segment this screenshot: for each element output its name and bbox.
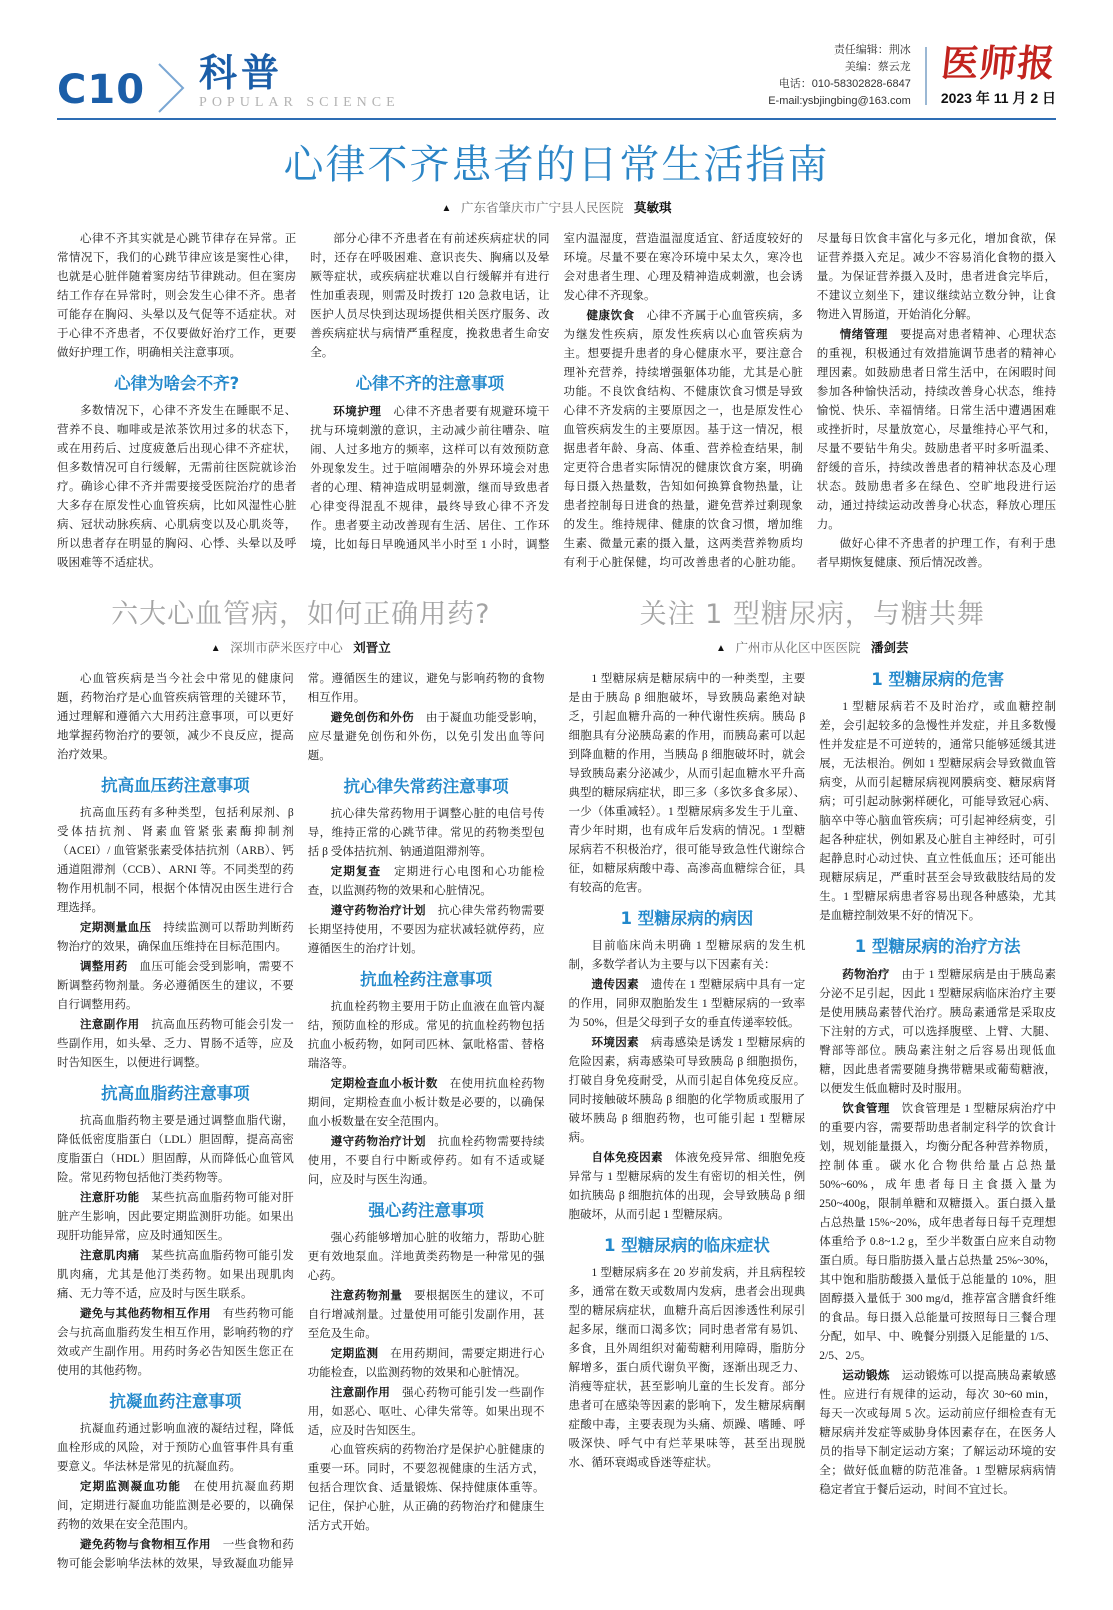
paragraph: 心血管疾病的药物治疗是保护心脏健康的重要一环。同时，不要忽视健康的生活方式，包括… [308, 1441, 545, 1536]
paragraph-lead: 注意副作用 [331, 1385, 391, 1399]
paragraph: 多数情况下，心律不齐发生在睡眠不足、营养不良、咖啡或是浓茶饮用过多的状态下，或在… [57, 402, 296, 573]
section-heading: 抗凝血药注意事项 [57, 1392, 294, 1411]
paragraph: 环境因素 病毒感染是诱发 1 型糖尿病的危险因素，病毒感染可导致胰岛 β 细胞损… [569, 1033, 806, 1148]
section-heading: 心律为啥会不齐? [57, 374, 296, 393]
paragraph: 做好心律不齐患者的护理工作，有利于患者早期恢复健康、预后情况改善。 [817, 535, 1056, 573]
section-heading: 1 型糖尿病的临床症状 [569, 1236, 806, 1255]
paragraph-lead: 遵守药物治疗计划 [331, 1134, 426, 1148]
phone-line: 电话：010-58302828-6847 [768, 76, 911, 93]
section-title-block: 科普 POPULAR SCIENCE [199, 54, 400, 110]
paragraph: 定期监测 在用药期间，需要定期进行心功能检查，以监测药物的效果和心脏情况。 [308, 1344, 545, 1383]
paragraph: 1 型糖尿病多在 20 岁前发病，并且病程较多，通常在数天或数周内发病，患者会出… [569, 1264, 806, 1473]
paragraph: 饮食管理 饮食管理是 1 型糖尿病治疗中的重要内容，需要帮助患者制定科学的饮食计… [819, 1099, 1056, 1366]
paragraph: 遵守药物治疗计划 抗心律失常药物需要长期坚持使用，不要因为症状减轻就停药，应遵循… [308, 901, 545, 959]
author-name: 莫敏琪 [634, 201, 672, 215]
lower-section: 六大心血管病，如何正确用药? ▲ 深圳市萨米医疗中心 刘晋立 心血管疾病是当今社… [57, 587, 1056, 1574]
paragraph-lead: 避免药物与食物相互作用 [80, 1537, 211, 1551]
paragraph: 抗高血压药有多种类型，包括利尿剂、β 受体拮抗剂、肾素血管紧张素酶抑制剂（ACE… [57, 804, 294, 918]
paragraph: 心律不齐其实就是心跳节律存在异常。正常情况下，我们的心跳节律应该是窦性心律，也就… [57, 230, 296, 363]
paragraph: 定期监测凝血功能 在使用抗凝血药期间，定期进行凝血功能监测是必要的，以确保药物的… [57, 1477, 294, 1535]
paragraph-lead: 注意肝功能 [80, 1190, 140, 1204]
author-affiliation: 深圳市萨米医疗中心 [230, 641, 343, 655]
paragraph-lead: 遗传因素 [592, 977, 640, 991]
paragraph: 抗心律失常药物用于调整心脏的电信号传导，维持正常的心跳节律。常见的药物类型包括 … [308, 805, 545, 862]
paragraph: 遗传因素 遗传在 1 型糖尿病中具有一定的作用，同卵双胞胎发生 1 型糖尿病的一… [569, 975, 806, 1033]
paragraph: 注意副作用 抗高血压药物可能会引发一些副作用，如头晕、乏力、胃肠不适等，应及时告… [57, 1015, 294, 1073]
paragraph-lead: 调整用药 [80, 959, 128, 973]
contact-block: 责任编辑：荆冰 美编：蔡云龙 电话：010-58302828-6847 E-ma… [768, 42, 911, 110]
paragraph: 目前临床尚未明确 1 型糖尿病的发生机制，多数学者认为主要与以下因素有关： [569, 937, 806, 975]
newspaper-page: C10 科普 POPULAR SCIENCE 责任编辑：荆冰 美编：蔡云龙 电话… [0, 0, 1113, 1610]
paragraph: 定期复查 定期进行心电图和心功能检查，以监测药物的效果和心脏情况。 [308, 862, 545, 901]
paragraph-lead: 注意副作用 [80, 1017, 140, 1031]
section-title: 科普 [199, 54, 400, 92]
paragraph: 调整用药 血压可能会受到影响，需要不断调整药物剂量。务必遵循医生的建议，不要自行… [57, 957, 294, 1015]
paragraph: 药物治疗 由于 1 型糖尿病是由于胰岛素分泌不足引起，因此 1 型糖尿病临床治疗… [819, 965, 1056, 1099]
paragraph: 抗高血脂药物主要是通过调整血脂代谢，降低低密度脂蛋白（LDL）胆固醇，提高高密度… [57, 1112, 294, 1188]
paragraph: 抗凝血药通过影响血液的凝结过程，降低血栓形成的风险，对于预防心血管事件具有重要意… [57, 1420, 294, 1477]
page-header: C10 科普 POPULAR SCIENCE 责任编辑：荆冰 美编：蔡云龙 电话… [57, 42, 1056, 110]
masthead-divider [925, 47, 927, 105]
article-body: 1 型糖尿病是糖尿病中的一种类型，主要是由于胰岛 β 细胞破坏，导致胰岛素绝对缺… [569, 670, 1057, 1500]
issue-date: 2023 年 11 月 2 日 [941, 88, 1056, 108]
article-title: 心律不齐患者的日常生活指南 [57, 142, 1056, 188]
article-title: 六大心血管病，如何正确用药? [57, 599, 545, 630]
paragraph-lead: 环境护理 [333, 404, 381, 418]
author-affiliation: 广州市从化区中医医院 [735, 641, 860, 655]
paragraph-lead: 自体免疫因素 [592, 1150, 663, 1164]
paragraph-lead: 饮食管理 [842, 1101, 890, 1115]
section-heading: 强心药注意事项 [308, 1201, 545, 1220]
paragraph-lead: 情绪管理 [840, 327, 888, 341]
art-editor-line: 美编：蔡云龙 [768, 59, 911, 76]
masthead: 责任编辑：荆冰 美编：蔡云龙 电话：010-58302828-6847 E-ma… [768, 42, 1056, 110]
article-type1-diabetes: 关注 1 型糖尿病，与糖共舞 ▲ 广州市从化区中医医院 潘剑芸 1 型糖尿病是糖… [569, 587, 1057, 1574]
paragraph: 注意副作用 强心药物可能引发一些副作用，如恶心、呕吐、心律失常等。如果出现不适，… [308, 1383, 545, 1441]
section-heading: 抗心律失常药注意事项 [308, 777, 545, 796]
paragraph-lead: 运动锻炼 [842, 1368, 890, 1382]
paragraph: 避免与其他药物相互作用 有些药物可能会与抗高血脂药发生相互作用，影响药物的疗效或… [57, 1304, 294, 1381]
article-arrhythmia-guide: 心律不齐患者的日常生活指南 ▲ 广东省肇庆市广宁县人民医院 莫敏琪 心律不齐其实… [57, 142, 1056, 573]
article-body: 心血管疾病是当今社会中常见的健康问题，药物治疗是心血管疾病管理的关键环节，通过理… [57, 670, 545, 1574]
paragraph: 定期测量血压 持续监测可以帮助判断药物治疗的效果，确保血压维持在目标范围内。 [57, 918, 294, 957]
paragraph: 心血管疾病是当今社会中常见的健康问题，药物治疗是心血管疾病管理的关键环节，通过理… [57, 670, 294, 765]
author-affiliation: 广东省肇庆市广宁县人民医院 [461, 201, 624, 215]
byline: ▲ 深圳市萨米医疗中心 刘晋立 [57, 638, 545, 656]
section-code: C10 [57, 70, 145, 110]
paragraph: 遵守药物治疗计划 抗血栓药物需要持续使用，不要自行中断或停药。如有不适或疑问，应… [308, 1132, 545, 1190]
byline: ▲ 广州市从化区中医医院 潘剑芸 [569, 638, 1057, 656]
section-heading: 抗高血压药注意事项 [57, 776, 294, 795]
section-heading: 抗高血脂药注意事项 [57, 1084, 294, 1103]
paragraph-lead: 注意肌肉痛 [80, 1248, 140, 1262]
article-body: 心律不齐其实就是心跳节律存在异常。正常情况下，我们的心跳节律应该是窦性心律，也就… [57, 230, 1056, 573]
section-heading: 1 型糖尿病的治疗方法 [819, 937, 1056, 956]
paragraph-lead: 定期检查血小板计数 [331, 1076, 438, 1090]
paragraph-lead: 遵守药物治疗计划 [331, 903, 426, 917]
paragraph: 避免创伤和外伤 由于凝血功能受影响，应尽量避免创伤和外伤，以免引发出血等问题。 [308, 708, 545, 766]
article-title: 关注 1 型糖尿病，与糖共舞 [569, 599, 1057, 630]
paragraph-lead: 避免创伤和外伤 [331, 710, 414, 724]
paragraph: 注意肌肉痛 某些抗高血脂药物可能引发肌肉痛，尤其是他汀类药物。如果出现肌肉痛、无… [57, 1246, 294, 1304]
paragraph-lead: 药物治疗 [842, 967, 890, 981]
paragraph-lead: 避免与其他药物相互作用 [80, 1306, 211, 1320]
paragraph: 抗血栓药物主要用于防止血液在血管内凝结，预防血栓的形成。常见的抗血栓药物包括抗血… [308, 998, 545, 1074]
paragraph-lead: 定期监测凝血功能 [80, 1479, 181, 1493]
author-name: 潘剑芸 [871, 641, 909, 655]
paragraph: 自体免疫因素 体液免疫异常、细胞免疫异常与 1 型糖尿病的发生有密切的相关性，例… [569, 1148, 806, 1225]
paragraph: 情绪管理 要提高对患者精神、心理状态的重视，积极通过有效措施调节患者的精神心理因… [817, 325, 1056, 535]
email-line: E-mail:ysbjingbing@163.com [768, 93, 911, 110]
section-subtitle: POPULAR SCIENCE [199, 96, 400, 110]
paragraph: 运动锻炼 运动锻炼可以提高胰岛素敏感性。应进行有规律的运动，每次 30~60 m… [819, 1366, 1056, 1500]
header-rule [57, 118, 1056, 120]
author-marker-icon: ▲ [442, 203, 452, 214]
section-heading: 心律不齐的注意事项 [310, 374, 549, 393]
paragraph-lead: 定期监测 [331, 1346, 379, 1360]
paragraph: 强心药能够增加心脏的收缩力，帮助心脏更有效地泵血。洋地黄类药物是一种常见的强心药… [308, 1229, 545, 1286]
paragraph: 定期检查血小板计数 在使用抗血栓药物期间，定期检查血小板计数是必要的，以确保血小… [308, 1074, 545, 1132]
section-banner: C10 科普 POPULAR SCIENCE [57, 54, 400, 110]
section-heading: 1 型糖尿病的病因 [569, 909, 806, 928]
author-name: 刘晋立 [353, 641, 391, 655]
paragraph: 部分心律不齐患者在有前述疾病症状的同时，还存在呼吸困难、意识丧失、胸痛以及晕厥等… [310, 230, 549, 363]
section-heading: 抗血栓药注意事项 [308, 970, 545, 989]
author-marker-icon: ▲ [211, 643, 221, 654]
paragraph: 1 型糖尿病若不及时治疗，或血糖控制差，会引起较多的急慢性并发症，并且多数慢性并… [819, 698, 1056, 926]
paragraph: 1 型糖尿病是糖尿病中的一种类型，主要是由于胰岛 β 细胞破坏，导致胰岛素绝对缺… [569, 670, 806, 898]
paragraph-lead: 健康饮食 [587, 308, 635, 322]
paragraph-lead: 注意药物剂量 [331, 1288, 402, 1302]
paragraph: 注意肝功能 某些抗高血脂药物可能对肝脏产生影响，因此要定期监测肝功能。如果出现肝… [57, 1188, 294, 1246]
article-cardio-drugs: 六大心血管病，如何正确用药? ▲ 深圳市萨米医疗中心 刘晋立 心血管疾病是当今社… [57, 587, 545, 1574]
chevron-right-icon [157, 62, 187, 114]
byline: ▲ 广东省肇庆市广宁县人民医院 莫敏琪 [57, 198, 1056, 216]
editor-line: 责任编辑：荆冰 [768, 42, 911, 59]
author-marker-icon: ▲ [716, 643, 726, 654]
paper-logo: 医师报 [939, 45, 1058, 82]
paragraph: 注意药物剂量 要根据医生的建议，不可自行增减剂量。过量使用可能引发副作用，甚至危… [308, 1286, 545, 1344]
paragraph-lead: 定期测量血压 [80, 920, 151, 934]
paragraph-lead: 定期复查 [331, 864, 382, 878]
paragraph-lead: 环境因素 [592, 1035, 640, 1049]
section-heading: 1 型糖尿病的危害 [819, 670, 1056, 689]
brand-block: 医师报 2023 年 11 月 2 日 [941, 45, 1056, 108]
